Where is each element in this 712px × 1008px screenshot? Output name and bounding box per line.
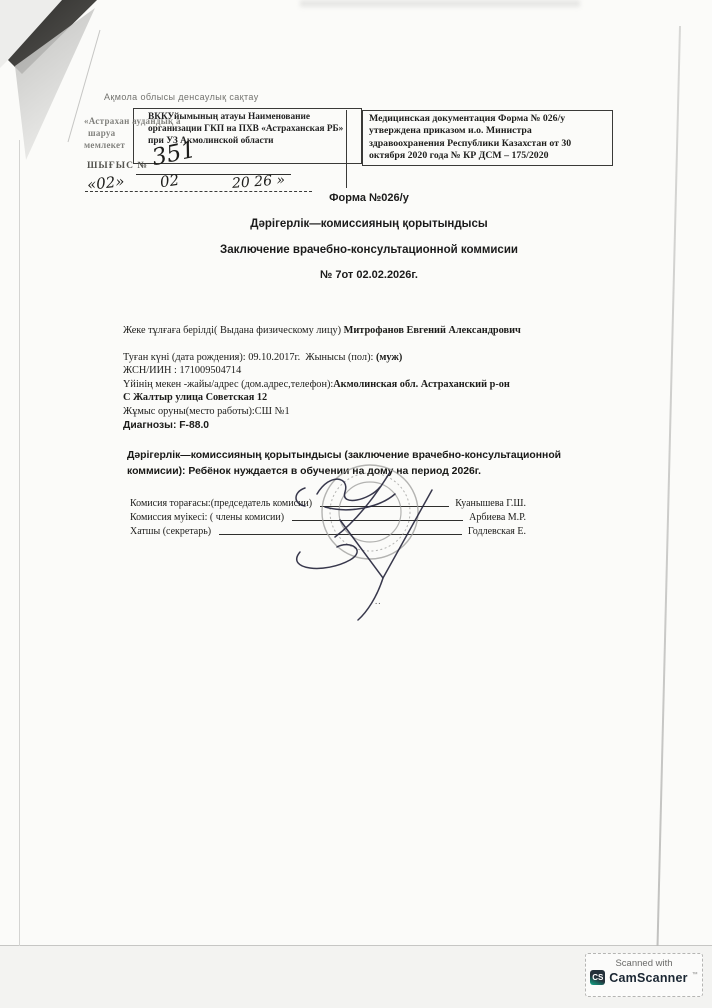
doc-box-line1: Медицинская документация Форма № 026/у <box>369 113 609 125</box>
workplace-row: Жұмыс оруны(место работы):СШ №1 <box>123 406 617 417</box>
diagnosis-label: Диагнозы: <box>123 420 179 431</box>
patient-name: Митрофанов Евгений Александрович <box>344 325 521 336</box>
pen-signature-strokes <box>296 472 432 620</box>
doc-box-line2: утверждена приказом и.о. Министра <box>369 125 609 137</box>
camscanner-brand-name: CamScanner <box>609 971 687 985</box>
issued-to-label: Жеке тұлғаға берілді( Выдана физическому… <box>123 325 344 336</box>
handwritten-date-month: 02 <box>159 171 180 191</box>
iin-row: ЖСН/ИИН : 171009504714 <box>123 365 617 376</box>
doc-box-line4: октября 2020 года № КР ДСМ – 175/2020 <box>369 150 609 162</box>
secretary-label: Хатшы (секретарь) <box>130 526 211 537</box>
sex-value: (муж) <box>376 352 402 363</box>
workplace-label: Жұмыс оруны(место работы):СШ №1 <box>123 406 290 417</box>
stamp-overlay-line1: «Астрахан аудандық а <box>84 116 181 126</box>
scanned-with-caption: Scanned with <box>586 958 702 969</box>
issued-to-row: Жеке тұлғаға берілді( Выдана физическому… <box>123 325 617 336</box>
birthdate-sex-label: Туған күні (дата рождения): 09.10.2017г.… <box>123 352 376 363</box>
form-number-title: Форма №026/у <box>130 192 608 204</box>
paper-left-edge-shadow <box>19 140 20 946</box>
camscanner-watermark: Scanned with CS CamScanner ™ <box>585 953 703 997</box>
stamp-overlay-line3: мемлекет <box>84 140 125 150</box>
box-divider-line <box>346 110 347 188</box>
address2-value: С Жалтыр улица Советская 12 <box>123 392 267 403</box>
birthdate-sex-row: Туған күні (дата рождения): 09.10.2017г.… <box>123 352 617 363</box>
diagnosis-code: F-88.0 <box>179 420 209 431</box>
stray-dots-artifact: .. <box>375 596 382 606</box>
stamp-overlay-line2: шаруа <box>88 128 115 138</box>
scanned-document-page: Ақмола облысы денсаулық сақтау ВККУйымын… <box>0 0 712 1008</box>
conclusion-number-date: № 7от 02.02.2026г. <box>130 269 608 281</box>
address-row2: С Жалтыр улица Советская 12 <box>123 392 617 403</box>
trademark-mark: ™ <box>692 972 698 978</box>
address-label: Үйінің мекен -жайы/адрес (дом.адрес,теле… <box>123 379 333 390</box>
title-kazakh: Дәрігерлік—комиссияның қорытындысы <box>130 218 608 230</box>
doc-box-line3: здравоохранения Республики Казахстан от … <box>369 138 609 150</box>
title-russian: Заключение врачебно-консультационной ком… <box>130 244 608 256</box>
iin-label: ЖСН/ИИН : 171009504714 <box>123 365 241 376</box>
camscanner-logo-icon: CS <box>590 970 605 985</box>
outgoing-number-label: ШЫҒЫС № <box>87 161 148 171</box>
scan-smudge <box>300 0 580 7</box>
address-row: Үйінің мекен -жайы/адрес (дом.адрес,теле… <box>123 379 617 390</box>
address-value: Акмолинская обл. Астраханский р-он <box>333 379 510 390</box>
medical-documentation-box: Медицинская документация Форма № 026/у у… <box>362 110 613 166</box>
health-department-line: Ақмола облысы денсаулық сақтау <box>104 92 259 102</box>
handwritten-date-year: 20 26 » <box>232 172 286 192</box>
paper-right-edge-shadow <box>657 26 681 946</box>
brand-row: CS CamScanner ™ <box>586 970 702 985</box>
diagnosis-row: Диагнозы: F-88.0 <box>123 420 617 431</box>
